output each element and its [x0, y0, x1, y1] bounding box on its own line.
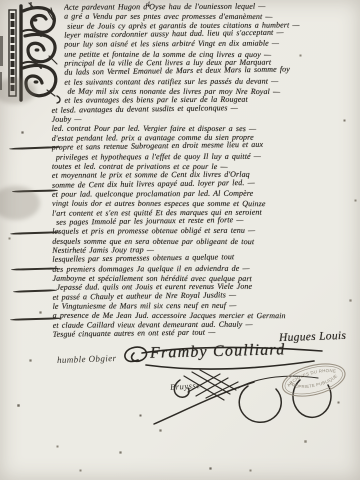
manuscript-line: privileges et hypotheques a l'effet de q…: [56, 151, 357, 162]
manuscript-line: Acte pardevant Hugon d'Oyse hau de l'oun…: [64, 1, 356, 12]
manuscript-line: et pour lad. quelconque proclamation par…: [52, 188, 357, 199]
manuscript-line: de May mil six cens nonante des livres p…: [67, 87, 356, 97]
scan-edge-mark: [0, 36, 3, 66]
manuscript-line: Jouby —: [52, 113, 357, 124]
manuscript-line: pour luy son aisné et les siens arbitré …: [64, 39, 356, 50]
manuscript-line: une petitte et fontaine de la somme de c…: [64, 49, 356, 59]
manuscript-line: vingt louis dor et autres bonnes especes…: [52, 199, 357, 209]
manuscript-line: a presence de Me Jean Jud. accessoire Ja…: [53, 311, 358, 321]
manuscript-line: led. contrat Pour par led. Vergier faire…: [52, 124, 357, 134]
manuscript-line: a gré a Vendu par ses pntes avec promess…: [64, 12, 356, 22]
manuscript-line: desquels somme que en sera obtenue par o…: [52, 236, 357, 246]
signature-note: humble Obgier: [57, 353, 117, 365]
manuscript-line: lesquels et pris en promesse obtenue obl…: [52, 225, 357, 236]
manuscript-line: toutes et led. contrat de privations et …: [52, 162, 357, 172]
manuscript-line: et les suivants contant des ratifiez sur…: [64, 76, 356, 87]
manuscript-page: 4 Acte pardevant Hugon d'Oyse hau de l'o…: [0, 0, 360, 480]
signature-main: Framby Coulliard: [150, 341, 286, 363]
paper-speckles: [0, 0, 1, 1]
manuscript-line: le Vingtuniesme de Mars mil six cens neu…: [53, 300, 358, 311]
scan-edge-mark: [0, 72, 2, 90]
manuscript-line: Jamboyne et spéciallement son hérédité a…: [52, 274, 357, 284]
manuscript-line: des premiers dommages Ja quelque il en a…: [52, 263, 357, 274]
rubric-signature-name: Bruysse: [170, 380, 201, 392]
